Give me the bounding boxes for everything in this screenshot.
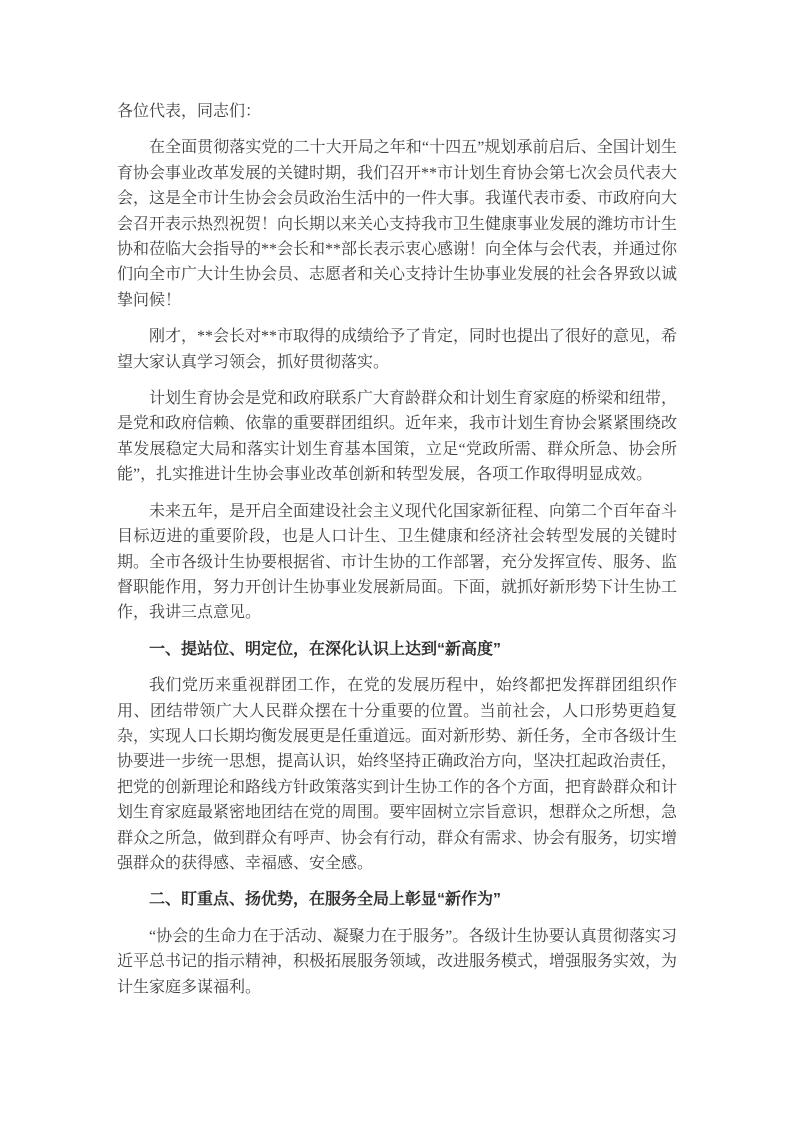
paragraph-section-2-body: “协会的生命力在于活动、凝聚力在于服务”。各级计生协要认真贯彻落实习近平总书记的… xyxy=(117,924,677,1000)
document-page: 各位代表，同志们： 在全面贯彻落实党的二十大开局之年和“十四五”规划承前启后、全… xyxy=(0,0,793,1122)
paragraph-association-role: 计划生育协会是党和政府联系广大育龄群众和计划生育家庭的桥梁和纽带，是党和政府信赖… xyxy=(117,386,677,488)
section-heading-2: 二、盯重点、扬优势，在服务全局上彰显“新作为” xyxy=(117,887,677,912)
paragraph-opening: 在全面贯彻落实党的二十大开局之年和“十四五”规划承前启后、全国计划生育协会事业改… xyxy=(117,135,677,313)
salutation-line: 各位代表，同志们： xyxy=(117,99,677,124)
paragraph-next-five-years: 未来五年，是开启全面建设社会主义现代化国家新征程、向第二个百年奋斗目标迈进的重要… xyxy=(117,499,677,626)
section-heading-1: 一、提站位、明定位，在深化认识上达到“新高度” xyxy=(117,637,677,662)
paragraph-acknowledgement: 刚才，**会长对**市取得的成绩给予了肯定，同时也提出了很好的意见，希望大家认真… xyxy=(117,324,677,375)
paragraph-section-1-body: 我们党历来重视群团工作，在党的发展历程中，始终都把发挥群团组织作用、团结带领广大… xyxy=(117,673,677,876)
document-body: 各位代表，同志们： 在全面贯彻落实党的二十大开局之年和“十四五”规划承前启后、全… xyxy=(117,99,677,1000)
